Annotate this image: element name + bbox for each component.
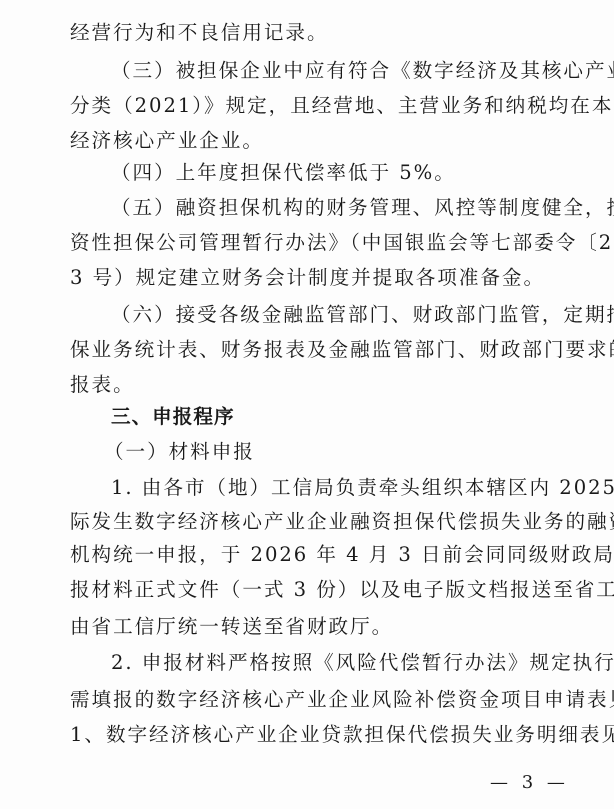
text-line: （四）上年度担保代偿率低于 5%。 xyxy=(111,158,575,188)
page-number: — 3 — xyxy=(490,772,569,793)
text-line: 报表。 xyxy=(70,370,575,400)
text-line: 际发生数字经济核心产业企业融资担保代偿损失业务的融资担保 xyxy=(70,507,575,537)
text-line: 1. 由各市（地）工信局负责牵头组织本辖区内 2025 年度实 xyxy=(111,473,575,503)
text-line: 机构统一申报，于 2026 年 4 月 3 日前会同同级财政局将汇总申 xyxy=(70,540,575,570)
text-line: 1、数字经济核心产业企业贷款担保代偿损失业务明细表见附件 xyxy=(70,720,575,750)
text-line: 分类（2021）》规定，且经营地、主营业务和纳税均在本省的数字 xyxy=(70,91,575,121)
text-line: 资性担保公司管理暂行办法》（中国银监会等七部委令〔2010〕第 xyxy=(70,228,575,258)
text-line: （六）接受各级金融监管部门、财政部门监管，定期报送担 xyxy=(111,300,575,330)
subsection-heading: （一）材料申报 xyxy=(104,437,609,467)
section-heading: 三、申报程序 xyxy=(111,402,575,432)
text-line: （五）融资担保机构的财务管理、风控等制度健全，按《融 xyxy=(111,193,575,223)
document-page: 经营行为和不良信用记录。 （三）被担保企业中应有符合《数字经济及其核心产业统计 … xyxy=(0,0,614,809)
text-line: 经营行为和不良信用记录。 xyxy=(70,18,575,48)
text-line: （三）被担保企业中应有符合《数字经济及其核心产业统计 xyxy=(111,56,575,86)
text-line: 需填报的数字经济核心产业企业风险补偿资金项目申请表见附件 xyxy=(70,685,575,715)
text-line: 2. 申报材料严格按照《风险代偿暂行办法》规定执行。其中， xyxy=(111,648,575,678)
text-line: 保业务统计表、财务报表及金融监管部门、财政部门要求的其他 xyxy=(70,335,575,365)
text-line: 3 号）规定建立财务会计制度并提取各项准备金。 xyxy=(70,263,575,293)
text-line: 由省工信厅统一转送至省财政厅。 xyxy=(70,612,575,642)
text-line: 经济核心产业企业。 xyxy=(70,126,575,156)
text-line: 报材料正式文件（一式 3 份）以及电子版文档报送至省工信厅， xyxy=(70,575,575,605)
